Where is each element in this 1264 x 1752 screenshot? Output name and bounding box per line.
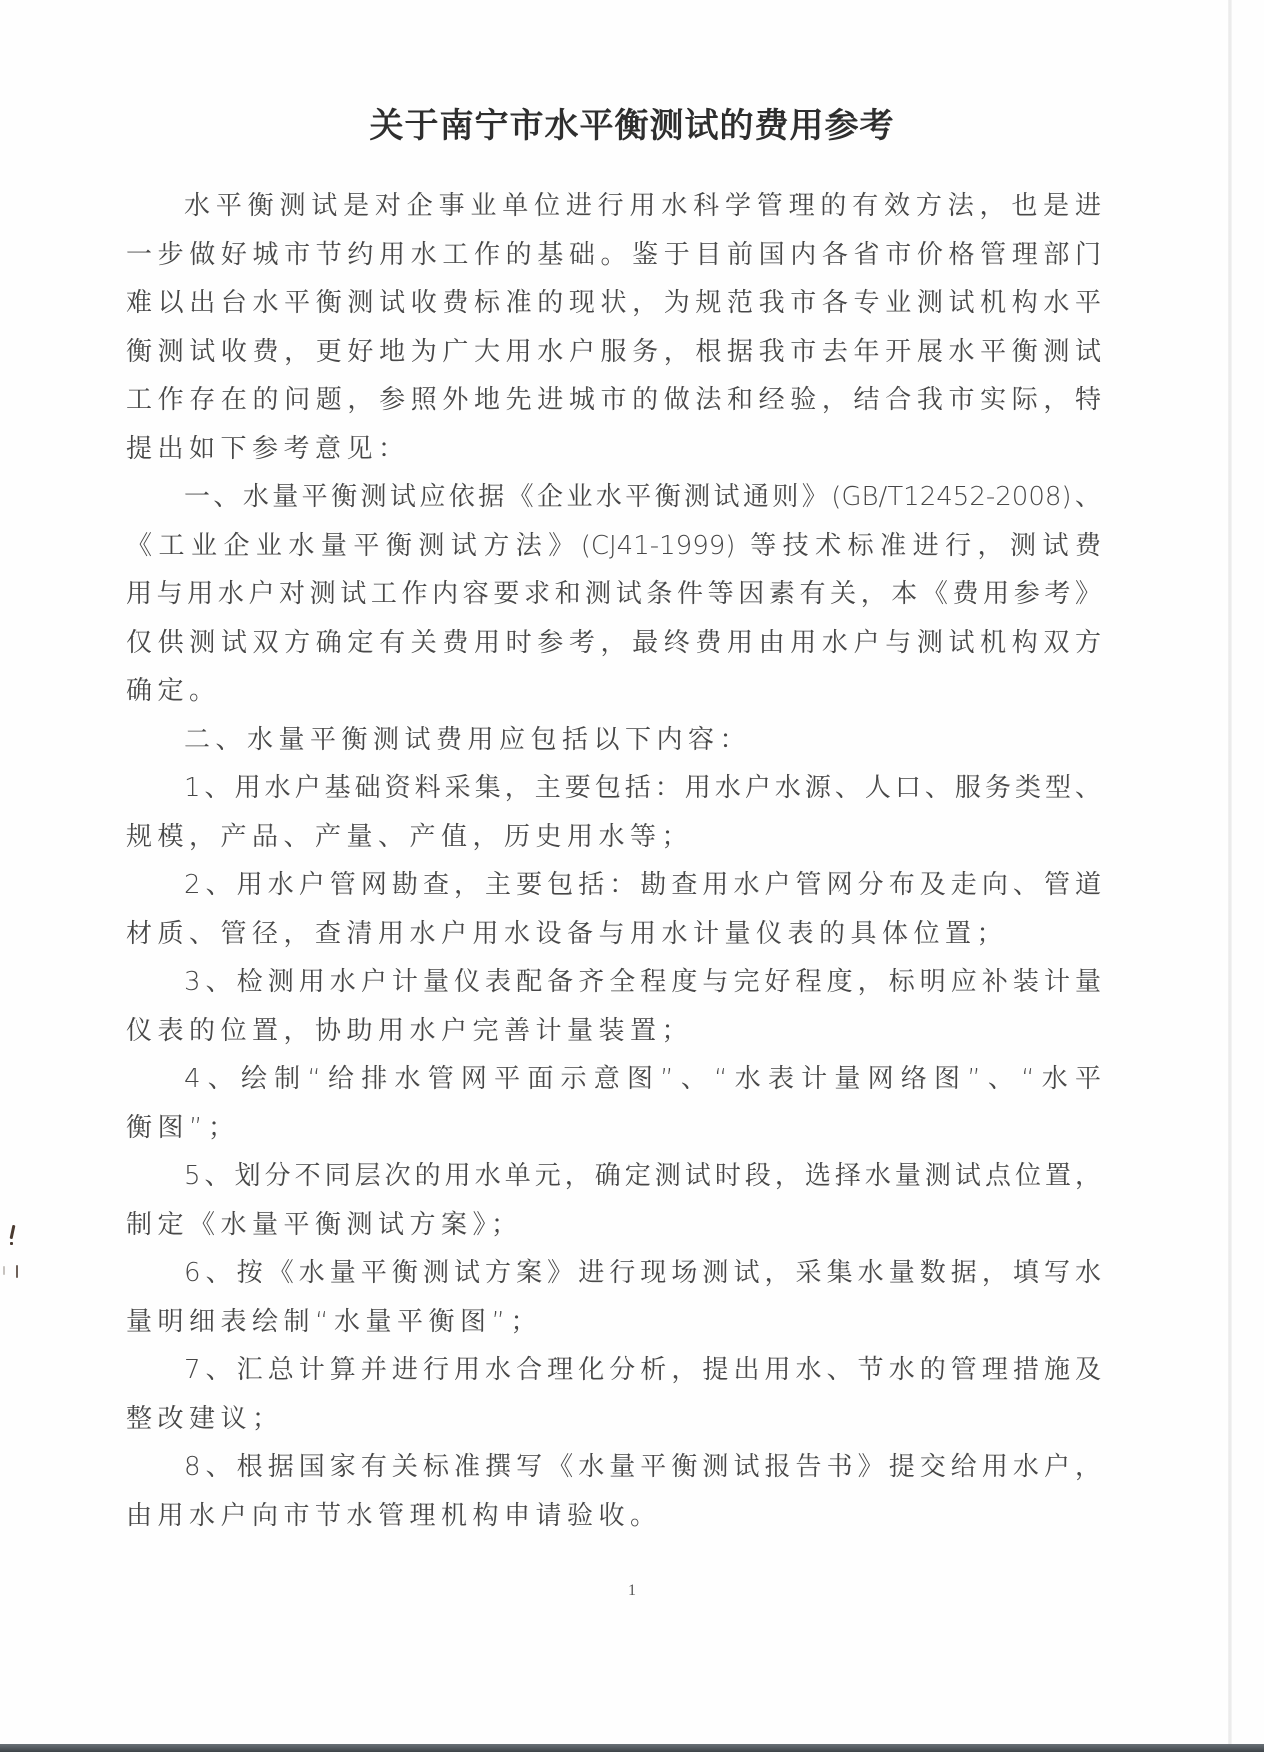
text-line: 材质、管径，查清用水户用水设备与用水计量仪表的具体位置； (126, 910, 1101, 959)
document-title: 关于南宁市水平衡测试的费用参考 (0, 98, 1264, 147)
text-line: 4、绘制“给排水管网平面示意图”、“水表计量网络图”、“水平 (126, 1055, 1101, 1104)
text-line: 3、检测用水户计量仪表配备齐全程度与完好程度，标明应补装计量 (126, 958, 1101, 1007)
text-line: 量明细表绘制“水量平衡图”； (126, 1298, 1101, 1347)
text-line: 规模，产品、产量、产值，历史用水等； (126, 813, 1101, 862)
text-line: 用与用水户对测试工作内容要求和测试条件等因素有关，本《费用参考》 (126, 570, 1101, 619)
text-line: 仅供测试双方确定有关费用时参考，最终费用由用水户与测试机构双方 (126, 619, 1101, 668)
scan-speck (16, 1265, 18, 1278)
text-line: 仪表的位置，协助用水户完善计量装置； (126, 1007, 1101, 1056)
text-line: 确定。 (126, 667, 1101, 716)
text-line: 整改建议； (126, 1395, 1101, 1444)
text-line: 难以出台水平衡测试收费标准的现状，为规范我市各专业测试机构水平 (126, 279, 1101, 328)
text-line: 一步做好城市节约用水工作的基础。鉴于目前国内各省市价格管理部门 (126, 231, 1101, 280)
scanned-page: 关于南宁市水平衡测试的费用参考 水平衡测试是对企事业单位进行用水科学管理的有效方… (0, 0, 1264, 1744)
text-line: 衡图”； (126, 1104, 1101, 1153)
text-line: 由用水户向市节水管理机构申请验收。 (126, 1492, 1101, 1541)
text-line: 2、用水户管网勘查，主要包括：勘查用水户管网分布及走向、管道 (126, 861, 1101, 910)
text-line: 提出如下参考意见： (126, 425, 1101, 474)
text-line: 水平衡测试是对企事业单位进行用水科学管理的有效方法，也是进 (126, 182, 1101, 231)
text-line: 8、根据国家有关标准撰写《水量平衡测试报告书》提交给用水户， (126, 1443, 1101, 1492)
scan-fold-shadow (1228, 0, 1232, 1744)
text-line: 衡测试收费，更好地为广大用水户服务，根据我市去年开展水平衡测试 (126, 328, 1101, 377)
text-line: 5、划分不同层次的用水单元，确定测试时段，选择水量测试点位置， (126, 1152, 1101, 1201)
text-line: 1、用水户基础资料采集，主要包括：用水户水源、人口、服务类型、 (126, 764, 1101, 813)
scanner-bed-edge (0, 1744, 1264, 1752)
page-number: 1 (0, 1582, 1264, 1600)
scan-speck (3, 1266, 5, 1275)
document-body: 水平衡测试是对企事业单位进行用水科学管理的有效方法，也是进一步做好城市节约用水工… (126, 182, 1101, 1540)
scan-speck (10, 1225, 16, 1239)
text-line: 6、按《水量平衡测试方案》进行现场测试，采集水量数据，填写水 (126, 1249, 1101, 1298)
text-line: 二、水量平衡测试费用应包括以下内容： (126, 716, 1101, 765)
text-line: 制定《水量平衡测试方案》； (126, 1201, 1101, 1250)
text-line: 工作存在的问题，参照外地先进城市的做法和经验，结合我市实际，特 (126, 376, 1101, 425)
text-line: 一、水量平衡测试应依据《企业水平衡测试通则》(GB/T12452-2008)、 (126, 473, 1101, 522)
text-line: 《工业企业水量平衡测试方法》(CJ41-1999) 等技术标准进行，测试费 (126, 522, 1101, 571)
text-line: 7、汇总计算并进行用水合理化分析，提出用水、节水的管理措施及 (126, 1346, 1101, 1395)
scan-speck (10, 1242, 13, 1245)
